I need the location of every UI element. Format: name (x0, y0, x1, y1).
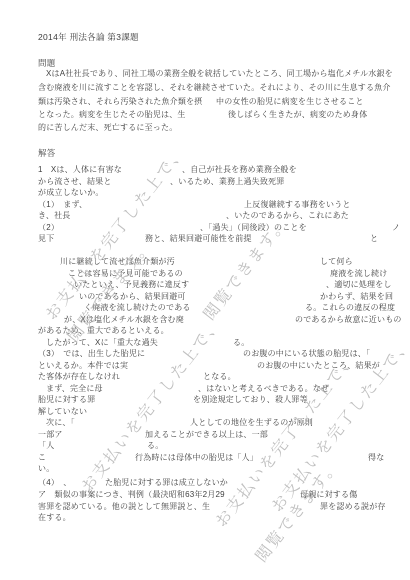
text-line: 類は汚染され、それら汚染された魚介類を摂中の女性の胎児に病変を生じさせること (0, 97, 410, 108)
text-fragment: （3） では、出生した胎児に (38, 349, 145, 359)
text-line: 含む廃液を川に流すことを容認し、それを継続させていた。それにより、その川に生息す… (0, 83, 410, 94)
text-fragment: 行為時には母体中の胎児は「人」 (135, 453, 258, 463)
text-line: 1 Xは、人体に有害な、自己が社長を務め業務全般を (0, 165, 410, 176)
text-line: まず、完全に母、はないと考えるべきである。なぜ (0, 384, 410, 395)
text-fragment: かわらず、結果を回 (320, 292, 393, 302)
text-line: 「人る。 (0, 441, 410, 452)
text-fragment: のお腹の中にいる状態の胎児は、「 (243, 349, 370, 359)
text-fragment: ノ (392, 223, 400, 233)
text-line: といえるか。本件では実のお腹の中にいたところ、結果が (0, 361, 410, 372)
text-fragment: 次に、「 (46, 418, 75, 428)
text-line: ことは容易に予見可能であるの廃液を流し続け (0, 269, 410, 280)
document-title: 2014年 刑法各論 第3課題 (38, 31, 139, 43)
text-line: い。 (0, 464, 410, 475)
text-line: こ行為時には母体中の胎児は「人」得な (0, 453, 410, 464)
text-fragment: 、いたのであるから、これにあた (226, 211, 349, 221)
text-fragment: 務と、結果回避可能性を前提 (145, 234, 252, 244)
document-page: 2014年 刑法各論 第3課題 問題 解答 XはA社社長であり、同社工場の業務全… (0, 0, 410, 580)
text-fragment: から流させ、結果と (38, 177, 112, 187)
text-fragment: まず、完全に母 (46, 384, 103, 394)
text-fragment: （1） まず、 (38, 200, 87, 210)
text-fragment: こ (38, 453, 46, 463)
text-line: があるため、重大であるといえる。 (0, 326, 410, 337)
text-fragment: 母親に対する傷 (300, 490, 357, 500)
text-line: ア 類似の事案につき、判例（最決昭和63年2月29母親に対する傷 (0, 490, 410, 501)
text-fragment: い。 (38, 464, 54, 474)
text-fragment: 廃液を流し続け (330, 269, 387, 279)
answer-heading: 解答 (38, 147, 56, 159)
text-line: 的に苦しんだ末、死亡するに至った。 (0, 123, 410, 134)
text-fragment: 含む廃液を川に流すことを容認し、それを継続させていた。それにより、その川に生息す… (38, 83, 391, 93)
text-fragment: 川に継続して流せば魚介類が汚 (60, 257, 175, 267)
text-fragment: 得な (368, 453, 384, 463)
text-fragment: （2） (38, 223, 59, 233)
text-fragment: く廃液を流し続けたのである (84, 303, 191, 313)
text-line: が、Xは塩化メチル水銀を含む廃のであるから故意に近いもの (0, 315, 410, 326)
text-fragment: 見下 (38, 234, 54, 244)
text-fragment: いのであるから、結果回避可 (79, 292, 186, 302)
text-fragment: 人としての地位を生ずるのが原則 (190, 418, 313, 428)
text-fragment: 在する。 (38, 513, 71, 523)
text-fragment: 1 Xは、人体に有害な (38, 165, 122, 175)
text-line: 次に、「人としての地位を生ずるのが原則 (0, 418, 410, 429)
text-line: （2）、「過失」（同後段）のことをノ (0, 223, 410, 234)
text-fragment: 、「過失」（同後段）のことを (200, 223, 307, 233)
text-fragment: が、Xは塩化メチル水銀を含む廃 (64, 315, 184, 325)
text-line: いたといえ、予見義務に違反す、適切に処理をし (0, 280, 410, 291)
text-line: 胎児に対する罪を別途規定しており、殺人罪等 (0, 395, 410, 406)
text-line: （3） では、出生した胎児にのお腹の中にいる状態の胎児は、「 (0, 349, 410, 360)
text-line: た客体が存在しなけれとなる。 (0, 372, 410, 383)
text-line: したがって、Xに「重大な過失る。 (0, 338, 410, 349)
text-fragment: 加えることができる以上は、一部 (145, 430, 268, 440)
text-fragment: 、自己が社長を務め業務全般を (182, 165, 297, 175)
text-fragment: （4） 、 (38, 478, 71, 488)
text-line: 在する。 (0, 513, 410, 524)
text-line: （4） 、た胎児に対する罪は成立しないか (0, 478, 410, 489)
text-fragment: して何ら (320, 257, 353, 267)
text-fragment: 、適切に処理をし (326, 280, 392, 290)
text-fragment: 解していない (38, 407, 87, 417)
text-fragment: 、はないと考えるべきである。なぜ (198, 384, 329, 394)
text-fragment: 罪を認める説が存 (320, 502, 386, 512)
text-fragment: したがって、Xに「重大な過失 (46, 338, 158, 348)
text-fragment: た胎児に対する罪は成立しないか (105, 478, 228, 488)
text-line: いのであるから、結果回避可かわらず、結果を回 (0, 292, 410, 303)
text-fragment: となる。 (203, 372, 236, 382)
text-line: XはA社社長であり、同社工場の業務全般を統括していたところ、同工場から塩化メチル… (0, 69, 410, 80)
text-fragment: となった。病変を生じたその胎児は、生 (38, 110, 186, 120)
text-fragment: のお腹の中にいたところ、結果が (257, 361, 380, 371)
text-line: となった。病変を生じたその胎児は、生後しばらく生きたが、病変のため身体 (0, 110, 410, 121)
text-fragment: る。 (233, 338, 249, 348)
text-fragment: 、いるため、業務上過失致死罪 (170, 177, 284, 187)
text-fragment: き、社長 (38, 211, 70, 221)
text-fragment: 胎児に対する罪 (38, 395, 95, 405)
text-fragment: が成立しないか。 (38, 188, 104, 198)
text-fragment: 中の女性の胎児に病変を生じさせること (216, 97, 364, 107)
text-fragment: といえるか。本件では実 (38, 361, 128, 371)
text-fragment: 一部ア (38, 430, 63, 440)
text-fragment: 「人 (38, 441, 54, 451)
text-fragment: いたといえ、予見義務に違反す (74, 280, 189, 290)
text-fragment: る。これらの違反の程度 (305, 303, 395, 313)
problem-heading: 問題 (38, 57, 56, 69)
text-line: 見下務と、結果回避可能性を前提と (0, 234, 410, 245)
text-line: き、社長、いたのであるから、これにあた (0, 211, 410, 222)
text-fragment: ア 類似の事案につき、判例（最決昭和63年2月29 (38, 490, 225, 500)
text-fragment: 類は汚染され、それら汚染された魚介類を摂 (38, 97, 202, 107)
text-fragment: を別途規定しており、殺人罪等 (193, 395, 308, 405)
text-line: 川に継続して流せば魚介類が汚して何ら (0, 257, 410, 268)
text-fragment: 後しばらく生きたが、病変のため身体 (228, 110, 367, 120)
text-fragment: と (370, 234, 378, 244)
text-line: 害罪を認めている。他の説として無罪説と、生罪を認める説が存 (0, 502, 410, 513)
text-line: く廃液を流し続けたのであるる。これらの違反の程度 (0, 303, 410, 314)
text-line: 解していない (0, 407, 410, 418)
text-fragment: のであるから故意に近いもの (295, 315, 402, 325)
text-fragment: 害罪を認めている。他の説として無罪説と、生 (38, 502, 210, 512)
text-fragment: 上反復継続する事務をいうと (244, 200, 351, 210)
text-fragment: XはA社社長であり、同社工場の業務全般を統括していたところ、同工場から塩化メチル… (46, 69, 393, 79)
text-line: から流させ、結果と、いるため、業務上過失致死罪 (0, 177, 410, 188)
text-fragment: 的に苦しんだ末、死亡するに至った。 (38, 123, 177, 133)
text-line: が成立しないか。 (0, 188, 410, 199)
text-fragment: ことは容易に予見可能であるの (68, 269, 183, 279)
text-fragment: た客体が存在しなけれ (38, 372, 120, 382)
text-fragment: る。 (147, 441, 163, 451)
text-fragment: があるため、重大であるといえる。 (38, 326, 169, 336)
text-line: （1） まず、上反復継続する事務をいうと (0, 200, 410, 211)
text-line: 一部ア加えることができる以上は、一部 (0, 430, 410, 441)
